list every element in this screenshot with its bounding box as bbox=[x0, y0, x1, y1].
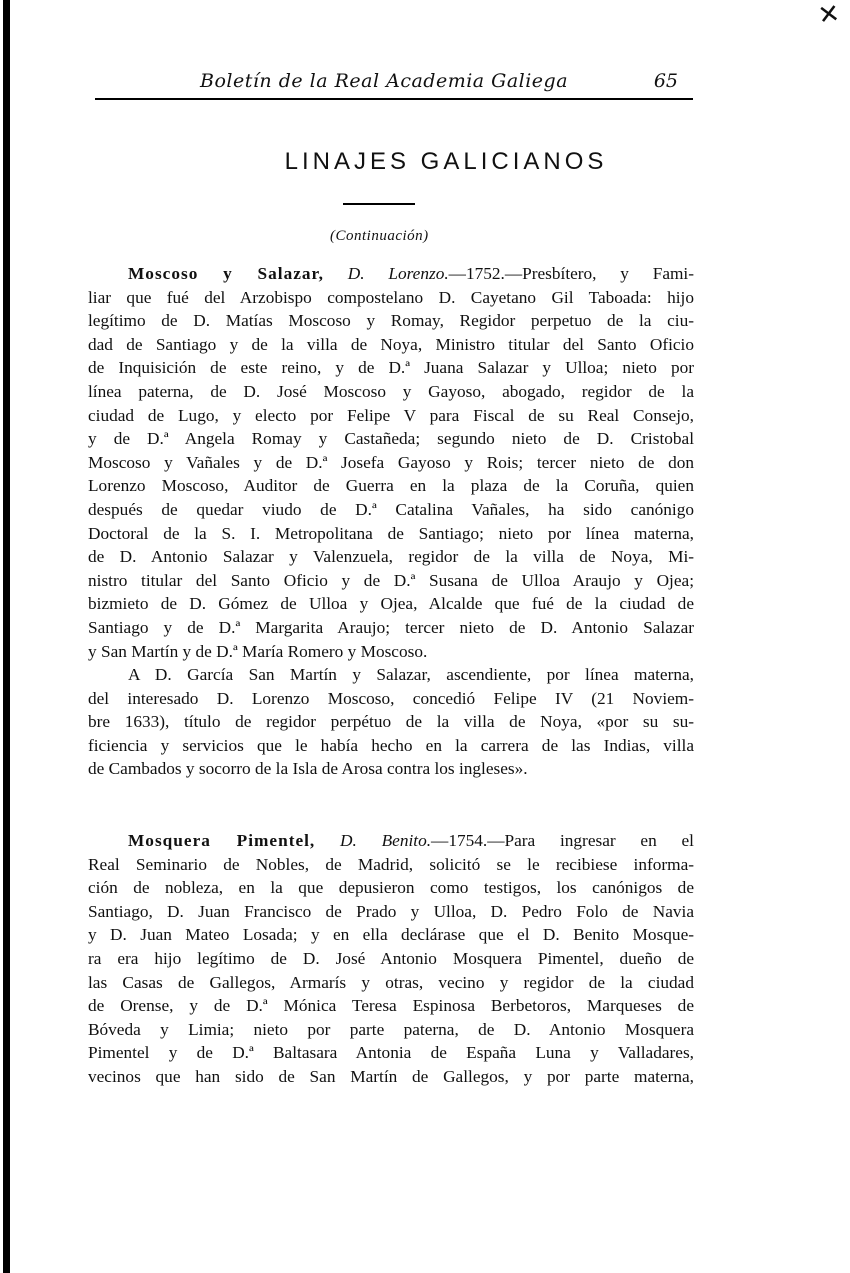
text-line: Santiago, D. Juan Francisco de Prado y U… bbox=[88, 900, 694, 924]
section-title: LINAJES GALICIANOS bbox=[0, 148, 800, 176]
text-line: Lorenzo Moscoso, Auditor de Guerra en la… bbox=[88, 474, 694, 498]
text-line: las Casas de Gallegos, Armarís y otras, … bbox=[88, 971, 694, 995]
title-divider bbox=[343, 203, 415, 205]
text-line: y de D.ª Angela Romay y Castañeda; segun… bbox=[88, 427, 694, 451]
text-line: y D. Juan Mateo Losada; y en ella declár… bbox=[88, 923, 694, 947]
handwritten-x-mark: ✕ bbox=[816, 1, 841, 30]
entry-given-name: D. Lorenzo. bbox=[348, 264, 449, 283]
text-line: después de quedar viudo de D.ª Catalina … bbox=[88, 498, 694, 522]
journal-title: Boletín de la Real Academia Galiega bbox=[200, 70, 568, 92]
section-title-text: LINAJES GALICIANOS bbox=[285, 148, 608, 176]
text-line: Bóveda y Limia; nieto por parte paterna,… bbox=[88, 1018, 694, 1042]
text-line: línea paterna, de D. José Moscoso y Gayo… bbox=[88, 380, 694, 404]
text-line: Pimentel y de D.ª Baltasara Antonia de E… bbox=[88, 1041, 694, 1065]
text-line: y San Martín y de D.ª María Romero y Mos… bbox=[88, 640, 694, 664]
entry-heading-line: Mosquera Pimentel, D. Benito.—1754.—Para… bbox=[88, 829, 694, 853]
text-line: de Orense, y de D.ª Mónica Teresa Espino… bbox=[88, 994, 694, 1018]
text-line: de D. Antonio Salazar y Valenzuela, regi… bbox=[88, 545, 694, 569]
running-header: Boletín de la Real Academia Galiega 65 bbox=[95, 70, 693, 100]
page-number: 65 bbox=[654, 70, 678, 92]
text-line: dad de Santiago y de la villa de Noya, M… bbox=[88, 333, 694, 357]
text-line: legítimo de D. Matías Moscoso y Romay, R… bbox=[88, 309, 694, 333]
text-line: Santiago y de D.ª Margarita Araujo; terc… bbox=[88, 616, 694, 640]
text-line: ra era hijo legítimo de D. José Antonio … bbox=[88, 947, 694, 971]
text-line: —1754.—Para ingresar en el bbox=[431, 831, 694, 850]
entry-given-name: D. Benito. bbox=[340, 831, 431, 850]
text-line: Real Seminario de Nobles, de Madrid, sol… bbox=[88, 853, 694, 877]
text-line: Moscoso y Vañales y de D.ª Josefa Gayoso… bbox=[88, 451, 694, 475]
text-line: de Cambados y socorro de la Isla de Aros… bbox=[88, 757, 694, 781]
text-line: Doctoral de la S. I. Metropolitana de Sa… bbox=[88, 522, 694, 546]
entry-name: Mosquera Pimentel, bbox=[128, 831, 315, 850]
entry-name: Moscoso y Salazar, bbox=[128, 264, 324, 283]
text-line: ción de nobleza, en la que depusieron co… bbox=[88, 876, 694, 900]
entry-mosquera-pimentel: Mosquera Pimentel, D. Benito.—1754.—Para… bbox=[88, 829, 694, 1089]
text-line: vecinos que han sido de San Martín de Ga… bbox=[88, 1065, 694, 1089]
text-line: nistro titular del Santo Oficio y de D.ª… bbox=[88, 569, 694, 593]
text-line: ciudad de Lugo, y electo por Felipe V pa… bbox=[88, 404, 694, 428]
text-line: bizmieto de D. Gómez de Ulloa y Ojea, Al… bbox=[88, 592, 694, 616]
entry-moscoso-salazar: Moscoso y Salazar, D. Lorenzo.—1752.—Pre… bbox=[88, 262, 694, 781]
entry-heading-line: Moscoso y Salazar, D. Lorenzo.—1752.—Pre… bbox=[88, 262, 694, 286]
continuation-note: (Continuación) bbox=[330, 228, 429, 245]
text-line: liar que fué del Arzobispo compostelano … bbox=[88, 286, 694, 310]
page-binding-edge bbox=[3, 0, 10, 1273]
text-line: —1752.—Presbítero, y Fami- bbox=[449, 264, 694, 283]
text-line: bre 1633), título de regidor perpétuo de… bbox=[88, 710, 694, 734]
text-line: ficiencia y servicios que le había hecho… bbox=[88, 734, 694, 758]
text-line: del interesado D. Lorenzo Moscoso, conce… bbox=[88, 687, 694, 711]
text-line: A D. García San Martín y Salazar, ascend… bbox=[88, 663, 694, 687]
text-line: de Inquisición de este reino, y de D.ª J… bbox=[88, 356, 694, 380]
